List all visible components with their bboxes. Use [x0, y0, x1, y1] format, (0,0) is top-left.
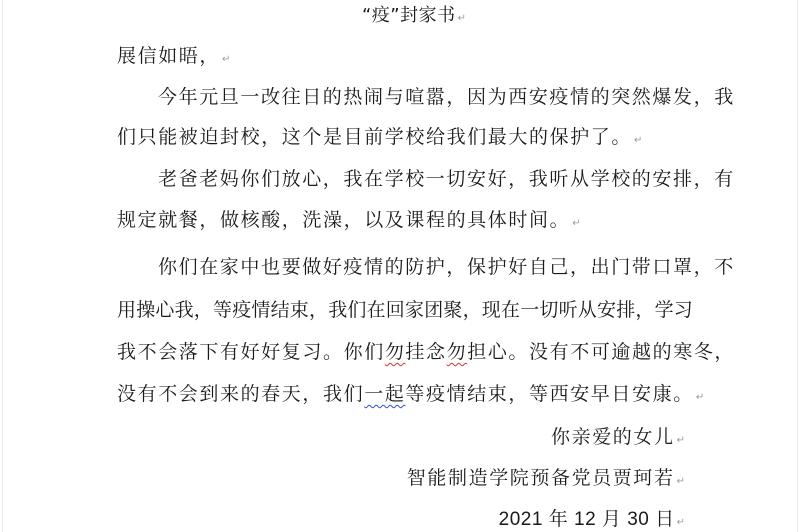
- paragraph-3-line-4: 没有不会到来的春天，我们一起等疫情结束，等西安早日安康。↵: [117, 382, 704, 406]
- text-line: 老爸老妈你们放心，我在学校一切安好，我听从学校的安排，有: [158, 168, 735, 190]
- page-edge-left: [2, 0, 3, 532]
- grammar-flag[interactable]: 一起: [364, 383, 405, 405]
- text-segment: 没有不会到来的春天，我们: [117, 383, 364, 405]
- paragraph-mark-icon: ↵: [696, 392, 704, 403]
- text-segment: 等疫情结束，等西安早日安康。: [405, 383, 693, 405]
- paragraph-1-line-1: 今年元旦一改往日的热闹与喧嚣，因为西安疫情的突然爆发，我: [158, 85, 735, 109]
- date-line: 2021 年 12 月 30 日↵: [499, 508, 685, 532]
- text-segment: 挂念: [405, 341, 446, 363]
- text-segment: 担心。没有不可逾越的寒冬，: [467, 341, 735, 363]
- greeting-text: 展信如晤，: [117, 45, 220, 67]
- paragraph-mark-icon: ↵: [677, 435, 685, 446]
- paragraph-3-line-2: 用操心我，等疫情结束，我们在回家团聚，现在一切听从安排，学习: [117, 298, 693, 322]
- spelling-flag[interactable]: 勿: [385, 341, 406, 363]
- paragraph-mark-icon: ↵: [458, 13, 466, 24]
- signature: 智能制造学院预备党员贾珂若↵: [407, 466, 685, 490]
- closing: 你亲爱的女儿↵: [551, 425, 685, 449]
- paragraph-3-line-3: 我不会落下有好好复习。你们勿挂念勿担心。没有不可逾越的寒冬，: [117, 340, 735, 364]
- page-edge-right: [797, 0, 798, 532]
- paragraph-2-line-2: 规定就餐，做核酸，洗澡，以及课程的具体时间。↵: [117, 208, 581, 232]
- closing-text: 你亲爱的女儿: [551, 426, 675, 448]
- paragraph-1-line-2: 们只能被迫封校，这个是目前学校给我们最大的保护了。↵: [117, 125, 642, 149]
- text-line: 们只能被迫封校，这个是目前学校给我们最大的保护了。: [117, 126, 632, 148]
- title-text: “疫”封家书: [362, 5, 456, 26]
- paragraph-mark-icon: ↵: [634, 135, 642, 146]
- document-page[interactable]: “疫”封家书↵ 展信如晤，↵ 今年元旦一改往日的热闹与喧嚣，因为西安疫情的突然爆…: [0, 0, 800, 532]
- paragraph-mark-icon: ↵: [677, 517, 685, 528]
- text-line: 你们在家中也要做好疫情的防护，保护好自己，出门带口罩，不: [158, 256, 735, 278]
- text-segment: 我不会落下有好好复习。你们: [117, 341, 385, 363]
- greeting: 展信如晤，↵: [117, 44, 230, 68]
- text-line: 今年元旦一改往日的热闹与喧嚣，因为西安疫情的突然爆发，我: [158, 86, 735, 108]
- paragraph-mark-icon: ↵: [572, 218, 580, 229]
- paragraph-3-line-1: 你们在家中也要做好疫情的防护，保护好自己，出门带口罩，不: [158, 255, 735, 279]
- text-line: 规定就餐，做核酸，洗澡，以及课程的具体时间。: [117, 209, 570, 231]
- document-title: “疫”封家书↵: [0, 4, 800, 28]
- text-line: 用操心我，等疫情结束，我们在回家团聚，现在一切听从安排，学习: [117, 299, 693, 321]
- signature-text: 智能制造学院预备党员贾珂若: [407, 467, 675, 489]
- paragraph-mark-icon: ↵: [222, 54, 230, 65]
- paragraph-mark-icon: ↵: [677, 476, 685, 487]
- paragraph-2-line-1: 老爸老妈你们放心，我在学校一切安好，我听从学校的安排，有: [158, 167, 735, 191]
- spelling-flag[interactable]: 勿: [447, 341, 468, 363]
- date-text: 2021 年 12 月 30 日: [499, 509, 675, 530]
